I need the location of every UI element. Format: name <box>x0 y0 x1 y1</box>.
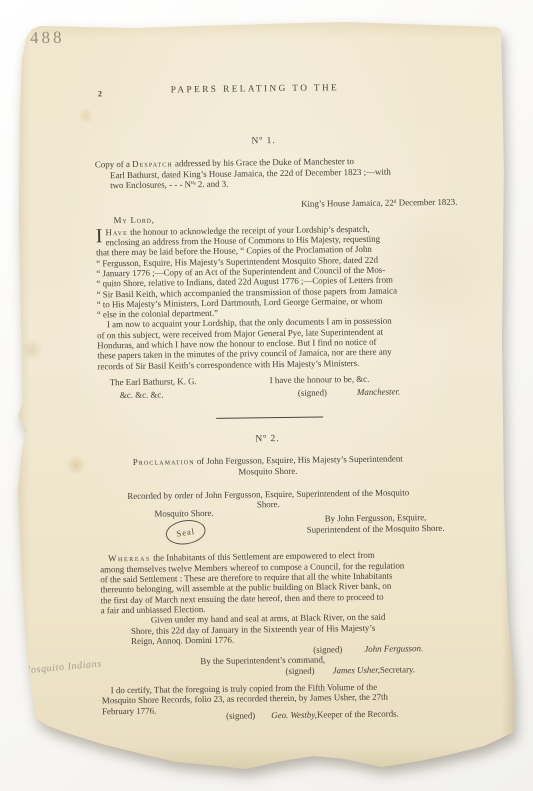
signature-manchester: Manchester. <box>357 385 400 399</box>
page-number: 2 <box>98 89 102 99</box>
despatch-caption: Copy of a Despatch addressed by his Grac… <box>95 155 467 191</box>
signature-fergusson: John Fergusson. <box>364 643 423 654</box>
running-header-row: 2 PAPERS RELATING TO THE <box>94 82 466 99</box>
signature-line-usher: (signed) James Usher, Secretary. <box>101 663 473 678</box>
running-header: PAPERS RELATING TO THE <box>94 82 416 97</box>
signed-label: (signed) <box>313 644 342 655</box>
signature-gap <box>327 386 357 399</box>
seal-label: Seal <box>176 526 196 539</box>
signature-gap <box>255 710 271 721</box>
folio-stamp: 488 <box>30 28 65 49</box>
paragraph-1-lead-word: Have <box>105 227 128 237</box>
section-2-heading: Nº 2. <box>98 432 436 447</box>
signature-westby-role: Keeper of the Records. <box>317 708 399 719</box>
scan-background: 488 2 PAPERS RELATING TO THE Nº 1. Copy … <box>0 0 533 791</box>
paper-shadow: 488 2 PAPERS RELATING TO THE Nº 1. Copy … <box>0 0 533 791</box>
margin-note-handwritten: Mosquito Indians <box>22 659 103 677</box>
addressee-block: The Earl Bathurst, K. G. &c. &c. &c. <box>110 374 270 402</box>
caption-text: Copy of a <box>95 159 132 169</box>
despatch-paragraph-1: IHave the honour to acknowledge the rece… <box>96 222 469 320</box>
signature-westby: Geo. Westby, <box>271 709 317 720</box>
seal-row: Mosquito Shore. Seal By John Fergusson, … <box>99 507 472 554</box>
proclamation-title: Proclamation of John Fergusson, Esquire,… <box>99 453 437 478</box>
drop-cap: I <box>96 227 106 246</box>
signature-line-manchester: (signed) Manchester. <box>270 385 456 400</box>
document-page: 488 2 PAPERS RELATING TO THE Nº 1. Copy … <box>14 20 514 772</box>
signed-label: (signed) <box>226 710 255 721</box>
signed-label: (signed) <box>285 665 314 676</box>
signature-gap <box>315 665 333 676</box>
signature-gap <box>342 644 364 655</box>
despatch-paragraph-2: I am now to acquaint your Lordship, that… <box>97 315 470 371</box>
signed-label: (signed) <box>298 386 327 399</box>
paragraph-1-text: the honour to acknowledge the receipt of… <box>96 224 397 320</box>
dateline: King’s House Jamaica, 22ᵈ December 1823. <box>95 197 467 212</box>
by-authority-block: By John Fergusson, Esquire, Superintende… <box>285 512 465 535</box>
proclamation-word: Proclamation <box>133 456 195 467</box>
section-1-heading: Nº 1. <box>95 134 433 149</box>
page-content: 2 PAPERS RELATING TO THE Nº 1. Copy of a… <box>93 18 474 723</box>
proclamation-title-rest: of John Fergusson, Esquire, His Majesty’… <box>195 454 403 476</box>
given-paragraph: Given under my hand and seal at arms, at… <box>131 611 461 646</box>
whereas-word: Whereas <box>108 553 151 564</box>
signature-usher-role: Secretary. <box>380 664 415 675</box>
valediction-block: I have the honour to be, &c. (signed) Ma… <box>270 372 456 400</box>
place-label: Mosquito Shore. <box>154 508 213 519</box>
seal-oval: Seal <box>164 518 207 548</box>
whereas-paragraph: Whereas the Inhabitants of this Settleme… <box>100 549 473 616</box>
addressee-etc: &c. &c. &c. <box>110 387 270 402</box>
section-divider-rule <box>216 416 323 418</box>
closing-block: The Earl Bathurst, K. G. &c. &c. &c. I h… <box>98 371 470 402</box>
caption-despatch-word: Despatch <box>132 159 173 170</box>
signature-usher: James Usher, <box>333 664 380 675</box>
